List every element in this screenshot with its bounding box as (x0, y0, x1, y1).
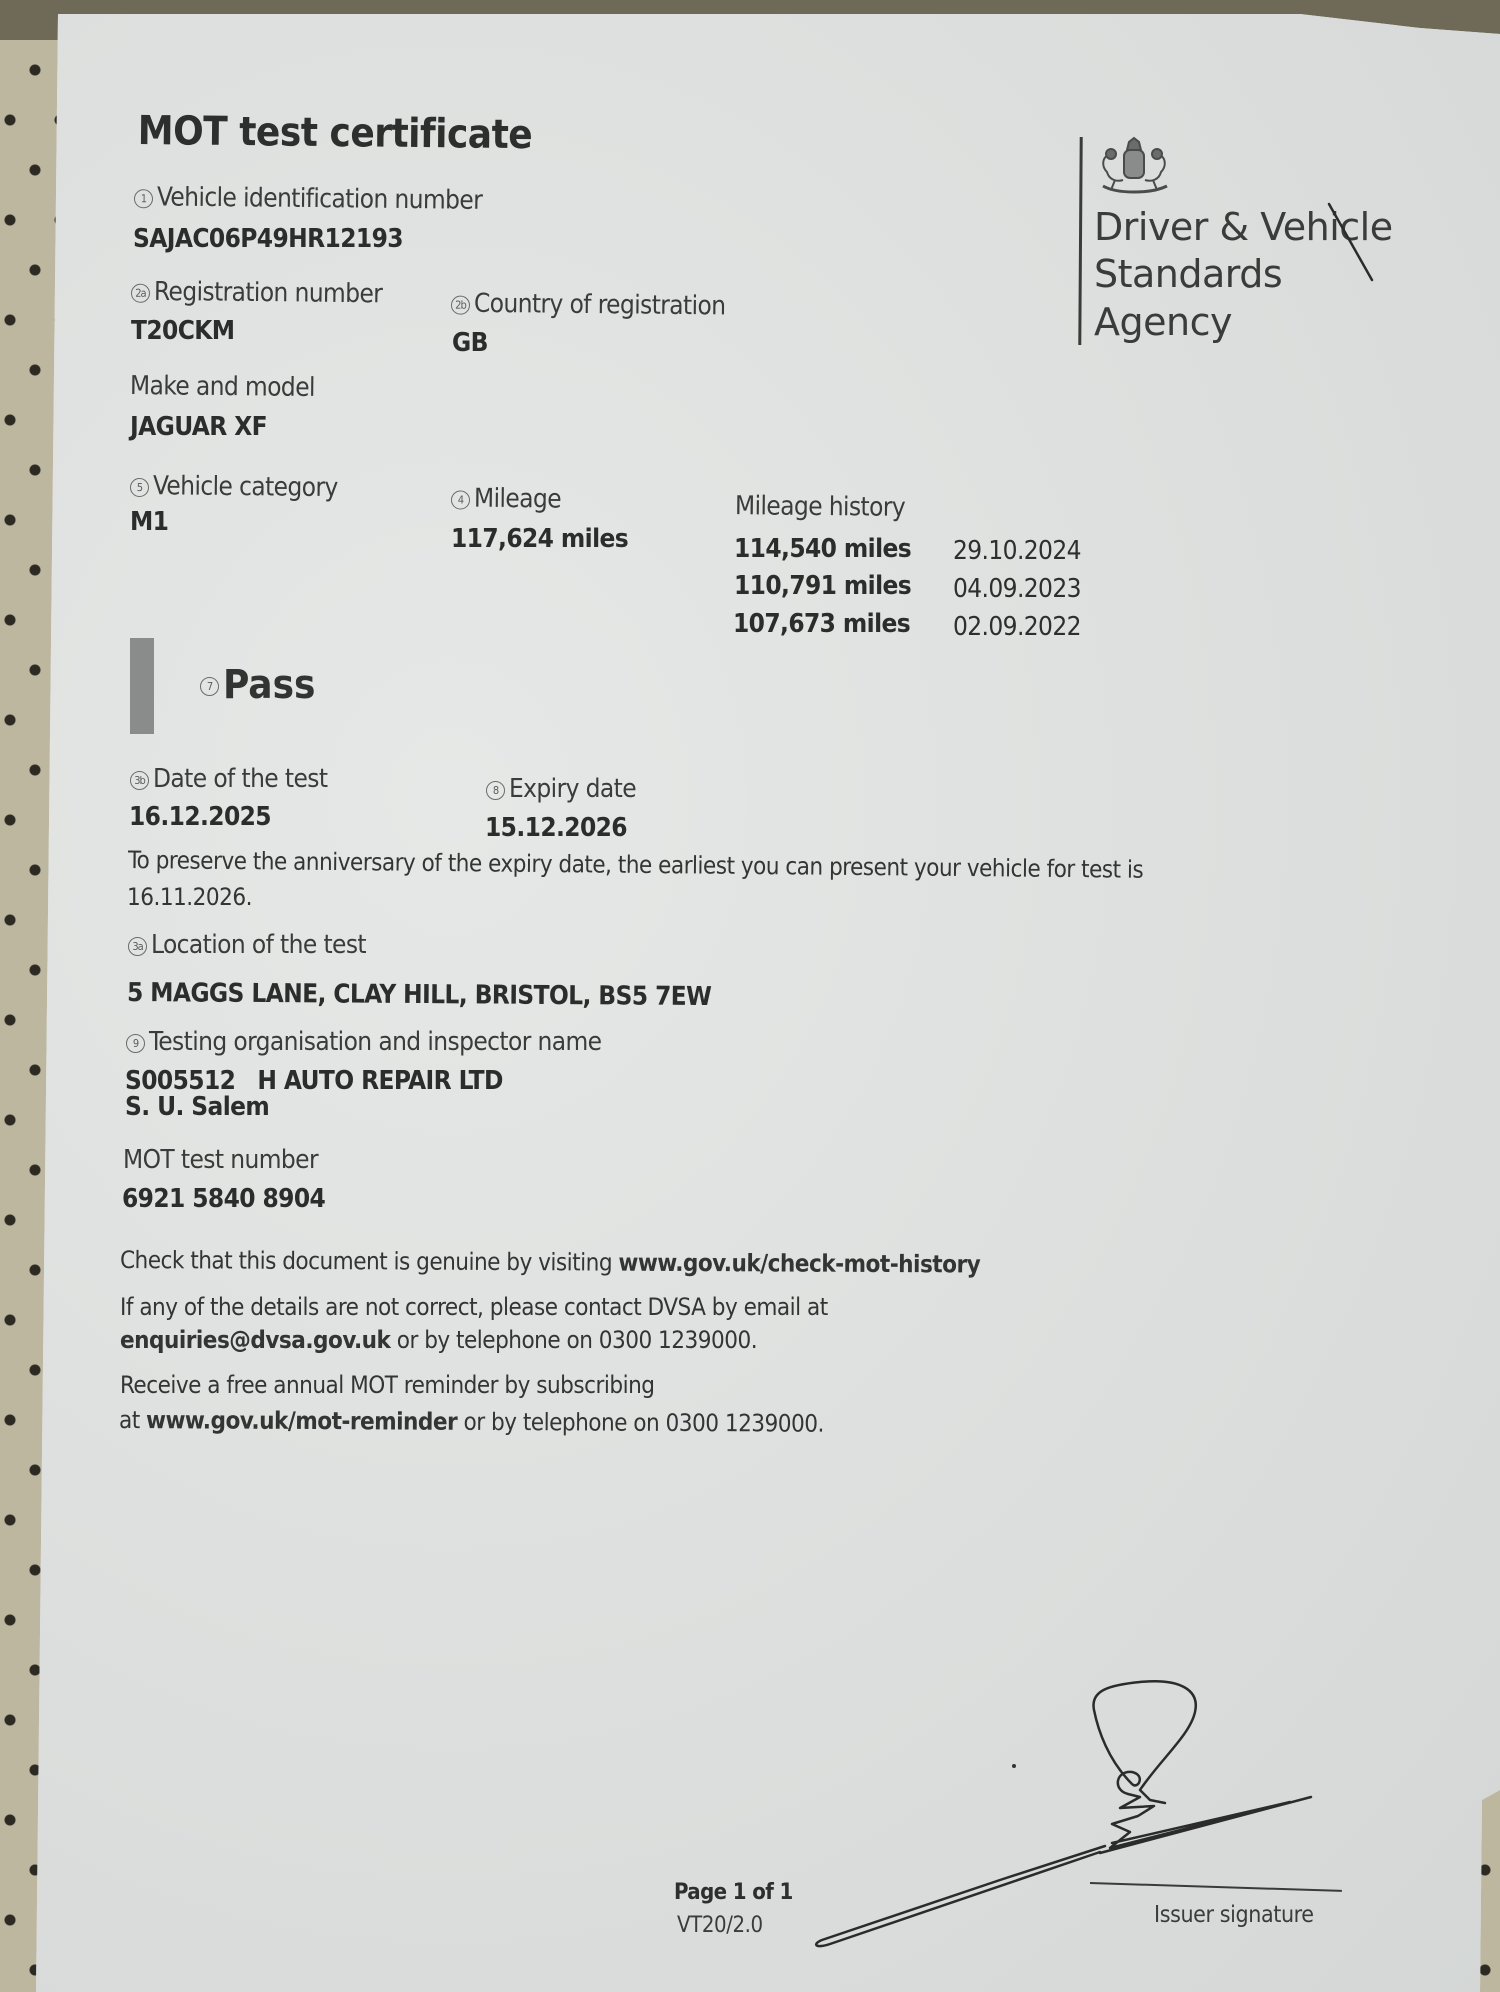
logo-text-line2: Standards (1094, 252, 1282, 296)
reminder-text-line2: at www.gov.uk/mot-reminder or by telepho… (119, 1406, 824, 1438)
location-label: 3aLocation of the test (128, 930, 366, 960)
vehicle-category-label: 5Vehicle category (130, 471, 338, 503)
earliest-test-date: 16.11.2026. (127, 883, 252, 911)
mileage-history-date: 29.10.2024 (953, 536, 1081, 566)
form-version: VT20/2.0 (677, 1913, 763, 1938)
mileage-label: 4Mileage (451, 483, 561, 514)
field-number-badge: 3a (128, 937, 147, 956)
field-number-badge: 8 (486, 781, 505, 800)
test-date-value: 16.12.2025 (129, 802, 271, 832)
vin-value: SAJAC06P49HR12193 (133, 224, 403, 254)
issuer-signature-label: Issuer signature (1154, 1902, 1314, 1928)
field-number-badge: 9 (126, 1034, 145, 1053)
make-model-label: Make and model (130, 371, 315, 403)
inspector-name: S. U. Salem (125, 1092, 269, 1122)
contact-text-line1: If any of the details are not correct, p… (120, 1293, 828, 1321)
anniversary-note: To preserve the anniversary of the expir… (128, 846, 1143, 884)
vin-label: 1Vehicle identification number (134, 182, 482, 216)
field-number-badge: 4 (451, 490, 470, 509)
test-date-label: 3bDate of the test (130, 764, 327, 794)
mileage-history-miles: 107,673 miles (733, 609, 910, 639)
royal-coat-of-arms-icon (1097, 136, 1172, 202)
mileage-history-date: 02.09.2022 (953, 612, 1081, 642)
dvsa-email-link[interactable]: enquiries@dvsa.gov.uk (120, 1326, 390, 1354)
signature-line (1090, 1882, 1342, 1892)
expiry-date-label: 8Expiry date (486, 774, 636, 804)
check-genuine-text: Check that this document is genuine by v… (120, 1246, 980, 1279)
certificate-paper: MOT test certificate 1Vehicle identifica… (0, 0, 1500, 1992)
contact-text-line2: enquiries@dvsa.gov.uk or by telephone on… (120, 1326, 757, 1354)
page-title: MOT test certificate (138, 108, 533, 158)
page-number: Page 1 of 1 (674, 1880, 793, 1905)
registration-value: T20CKM (131, 316, 235, 346)
check-mot-history-link[interactable]: www.gov.uk/check-mot-history (618, 1249, 980, 1279)
test-number-value: 6921 5840 8904 (122, 1184, 325, 1214)
location-value: 5 MAGGS LANE, CLAY HILL, BRISTOL, BS5 7E… (127, 978, 712, 1012)
test-number-label: MOT test number (123, 1145, 318, 1175)
logo-divider (1078, 137, 1082, 345)
test-result: 7Pass (200, 662, 315, 708)
result-status-bar (130, 638, 154, 734)
expiry-date-value: 15.12.2026 (485, 813, 627, 843)
mileage-history-label: Mileage history (735, 491, 905, 523)
logo-text-line3: Agency (1094, 300, 1232, 344)
field-number-badge: 7 (200, 677, 219, 696)
mileage-history-miles: 110,791 miles (734, 571, 911, 601)
field-number-badge: 2a (131, 284, 150, 303)
field-number-badge: 1 (134, 189, 153, 208)
field-number-badge: 3b (130, 771, 149, 790)
registration-label: 2aRegistration number (131, 277, 383, 310)
country-value: GB (452, 328, 488, 358)
mileage-history-date: 04.09.2023 (953, 574, 1081, 604)
field-number-badge: 2b (451, 296, 470, 315)
make-model-value: JAGUAR XF (130, 412, 267, 442)
reminder-text-line1: Receive a free annual MOT reminder by su… (120, 1371, 654, 1399)
vehicle-category-value: M1 (130, 507, 168, 537)
testing-org-label: 9Testing organisation and inspector name (126, 1027, 601, 1057)
mot-reminder-link[interactable]: www.gov.uk/mot-reminder (146, 1406, 457, 1436)
field-number-badge: 5 (130, 478, 149, 497)
pen-strike-mark (1325, 200, 1375, 285)
country-label: 2bCountry of registration (451, 289, 726, 322)
org-name: H AUTO REPAIR LTD (257, 1066, 502, 1096)
mileage-value: 117,624 miles (451, 524, 628, 554)
mileage-history-miles: 114,540 miles (734, 534, 911, 564)
